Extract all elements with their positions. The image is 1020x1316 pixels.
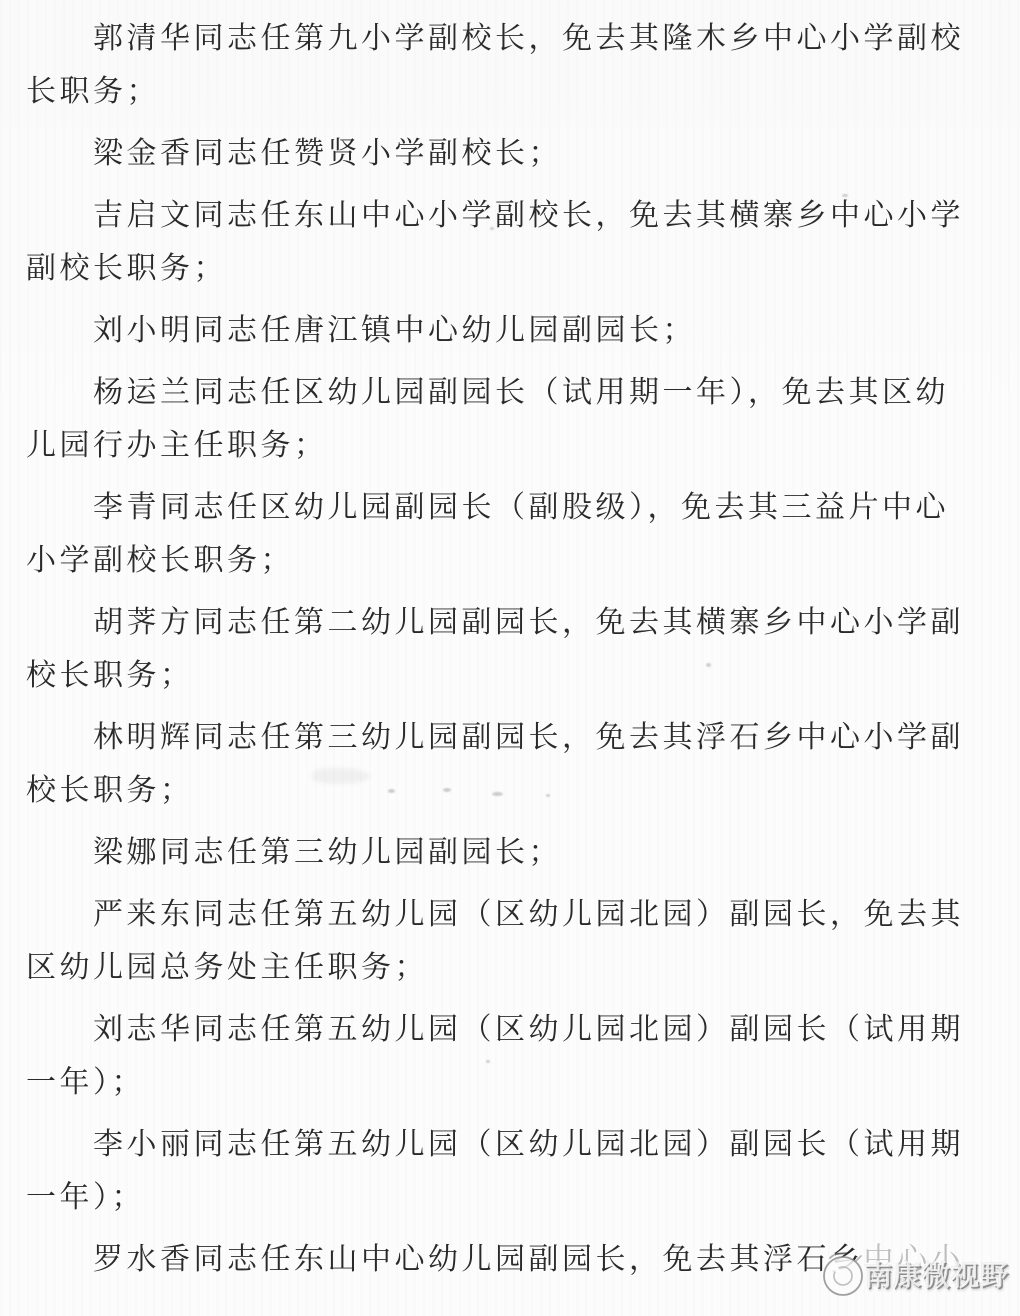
appointment-entry: 梁金香同志任赞贤小学副校长；	[26, 127, 966, 180]
appointment-entry: 刘小明同志任唐江镇中心幼儿园副园长；	[26, 304, 966, 357]
appointment-entry: 严来东同志任第五幼儿园（区幼儿园北园）副园长，免去其区幼儿园总务处主任职务；	[26, 888, 966, 994]
appointment-entry: 胡荠方同志任第二幼儿园副园长，免去其横寨乡中心小学副校长职务；	[26, 596, 966, 702]
appointment-entry: 梁娜同志任第三幼儿园副园长；	[26, 826, 966, 879]
appointment-entry: 杨运兰同志任区幼儿园副园长（试用期一年），免去其区幼儿园行办主任职务；	[26, 366, 966, 472]
document-body: 郭清华同志任第九小学副校长，免去其隆木乡中心小学副校长职务； 梁金香同志任赞贤小…	[26, 12, 966, 1295]
appointment-entry: 郭清华同志任第九小学副校长，免去其隆木乡中心小学副校长职务；	[26, 12, 966, 118]
appointment-entry: 李青同志任区幼儿园副园长（副股级），免去其三益片中心小学副校长职务；	[26, 481, 966, 587]
appointment-entry-text: 罗水香同志任东山中心幼儿园副园长，免去其浮石乡	[93, 1243, 864, 1276]
appointment-entry-faded-text: 中心小	[864, 1243, 965, 1276]
appointment-entry: 吉启文同志任东山中心小学副校长，免去其横寨乡中心小学副校长职务；	[26, 189, 966, 295]
appointment-entry: 林明辉同志任第三幼儿园副园长，免去其浮石乡中心小学副校长职务；	[26, 711, 966, 817]
appointment-entry: 罗水香同志任东山中心幼儿园副园长，免去其浮石乡中心小	[26, 1233, 966, 1286]
appointment-entry: 刘志华同志任第五幼儿园（区幼儿园北园）副园长（试用期一年）；	[26, 1003, 966, 1109]
appointment-entry: 李小丽同志任第五幼儿园（区幼儿园北园）副园长（试用期一年）；	[26, 1118, 966, 1224]
